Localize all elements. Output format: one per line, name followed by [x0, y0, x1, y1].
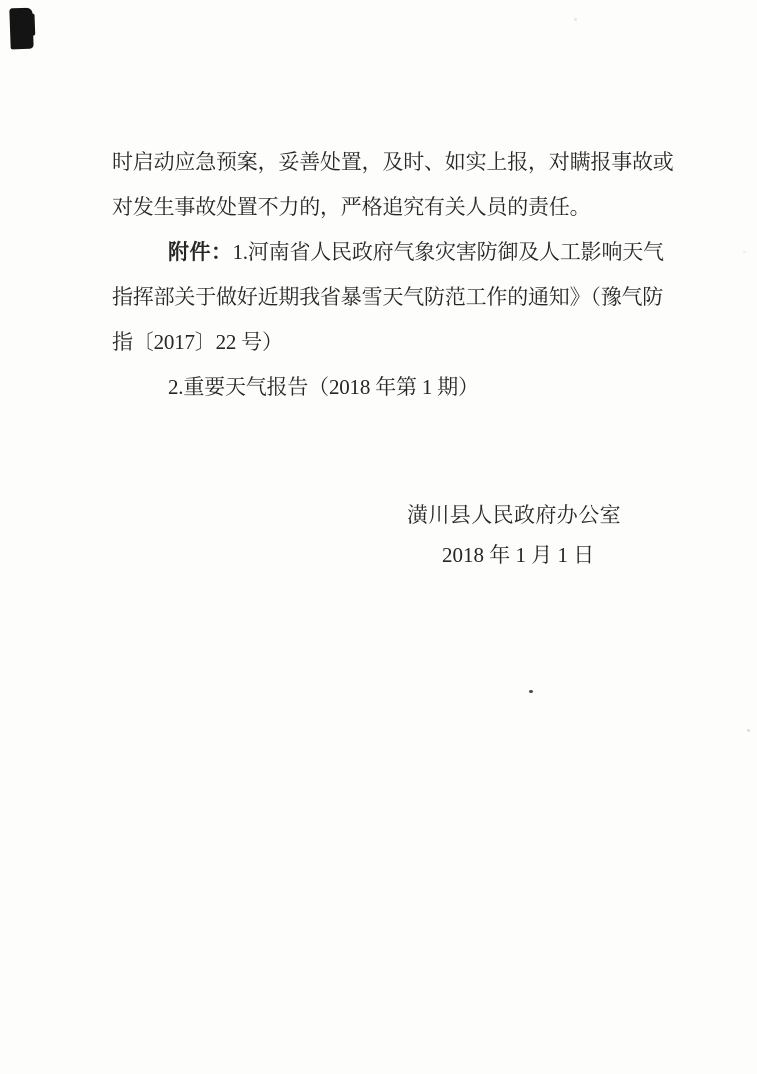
scan-speck [529, 690, 533, 693]
attachment-item-2: 2.重要天气报告（2018 年第 1 期） [112, 365, 684, 410]
scan-corner-mark [9, 8, 33, 50]
attachment-label: 附件： [168, 241, 233, 264]
body-line-1: 时启动应急预案，妥善处置，及时、如实上报，对瞒报事故或 [112, 140, 684, 185]
attachment-item-1-title-start: 1.河南省人民政府气象灾害防御及人工影响天气 [233, 240, 664, 264]
document-body: 时启动应急预案，妥善处置，及时、如实上报，对瞒报事故或 对发生事故处置不力的，严… [112, 140, 684, 410]
scan-speck [574, 18, 577, 21]
attachment-item-1-line-3: 指〔2017〕22 号） [112, 320, 684, 365]
attachment-item-1-line-2: 指挥部关于做好近期我省暴雪天气防范工作的通知》（豫气防 [112, 275, 684, 320]
body-line-2: 对发生事故处置不力的，严格追究有关人员的责任。 [112, 185, 684, 230]
scanned-document-page: 时启动应急预案，妥善处置，及时、如实上报，对瞒报事故或 对发生事故处置不力的，严… [0, 0, 757, 1074]
scan-speck [747, 729, 750, 732]
signature-date: 2018 年 1 月 1 日 [442, 541, 594, 569]
attachment-item-1-line-1: 附件：1.河南省人民政府气象灾害防御及人工影响天气 [112, 230, 684, 275]
signature-issuer: 潢川县人民政府办公室 [407, 501, 621, 529]
scan-speck [743, 251, 746, 253]
